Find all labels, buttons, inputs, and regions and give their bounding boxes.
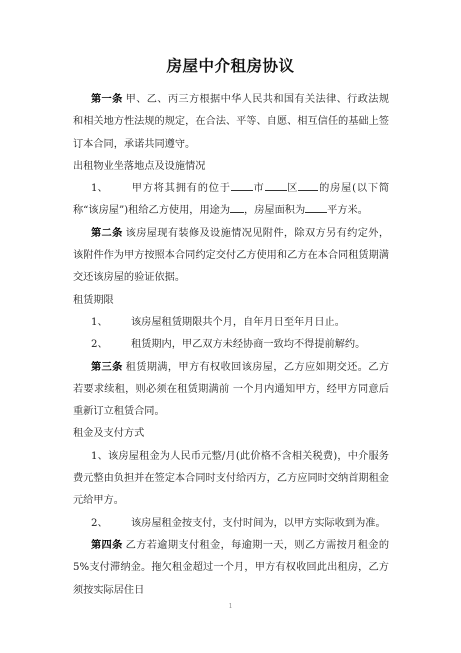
article-label: 第一条 [91, 94, 123, 105]
document-page: 房屋中介租房协议 第一条甲、乙、丙三方根据中华人民共和国有关法律、行政法规和相关… [0, 0, 461, 653]
section-heading-rent: 租金及支付方式 [73, 423, 389, 445]
blank-field-area[interactable] [305, 202, 327, 213]
section-heading-term: 租赁期限 [73, 290, 389, 312]
article-4: 第四条乙方若逾期支付租金，每逾期一天，则乙方需按月租金的 5%支付滞纳金。拖欠租… [73, 535, 389, 602]
section-heading-location: 出租物业坐落地点及设施情况 [73, 156, 389, 178]
page-number: 1 [0, 603, 461, 610]
blank-field-usage[interactable] [230, 202, 244, 213]
item-number: 1、 [91, 312, 131, 334]
article-label: 第四条 [91, 540, 123, 551]
blank-field-district[interactable] [265, 180, 287, 191]
list-item: 1、甲方将其拥有的位于市区的房屋(以下简称“该房屋”)租给乙方使用，用途为，房屋… [73, 178, 389, 223]
article-2: 第二条该房屋现有装修及设施情况见附件，除双方另有约定外，该附件作为甲方按照本合同… [73, 223, 389, 290]
article-1: 第一条甲、乙、丙三方根据中华人民共和国有关法律、行政法规和相关地方性法规的规定，… [73, 89, 389, 156]
list-item: 2、租赁期内，甲乙双方未经协商一致均不得提前解约。 [73, 334, 389, 356]
document-title: 房屋中介租房协议 [0, 54, 461, 76]
list-item: 1、该房屋租赁期限共个月，自年月日至年月日止。 [73, 312, 389, 334]
article-label: 第三条 [91, 362, 123, 373]
list-item: 1、该房屋租金为人民币元整/月(此价格不含相关税费)，中介服务费元整由负担并在签… [73, 446, 389, 513]
list-item: 2、该房屋租金按支付，支付时间为，以甲方实际收到为准。 [73, 513, 389, 535]
document-body: 第一条甲、乙、丙三方根据中华人民共和国有关法律、行政法规和相关地方性法规的规定，… [73, 89, 389, 602]
item-number: 2、 [91, 513, 131, 535]
blank-field-city[interactable] [231, 180, 253, 191]
item-number: 2、 [91, 334, 131, 356]
item-number: 1、 [91, 451, 108, 462]
blank-field-address[interactable] [298, 180, 318, 191]
article-label: 第二条 [91, 228, 123, 239]
article-3: 第三条租赁期满，甲方有权收回该房屋，乙方应如期交还。乙方若要求续租，则必须在租赁… [73, 357, 389, 424]
item-number: 1、 [91, 178, 131, 200]
